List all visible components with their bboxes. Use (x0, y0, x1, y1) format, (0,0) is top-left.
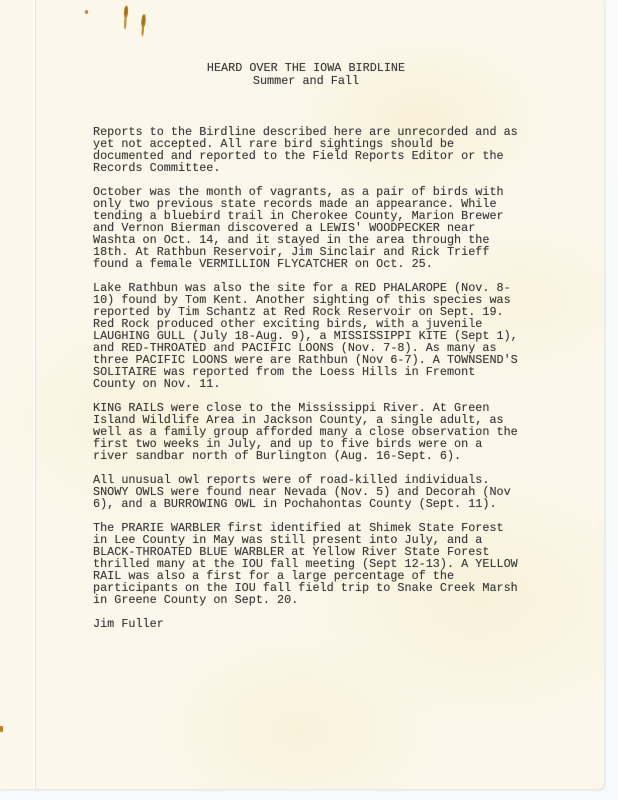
document-body: Reports to the Birdline described here a… (93, 126, 563, 630)
title-block: HEARD OVER THE IOWA BIRDLINE Summer and … (0, 62, 612, 88)
signature: Jim Fuller (93, 618, 563, 630)
paper-crease (33, 0, 35, 789)
paragraph-king-rails: KING RAILS were close to the Mississippi… (93, 402, 563, 462)
scanned-document: HEARD OVER THE IOWA BIRDLINE Summer and … (0, 0, 618, 800)
ink-smudge (0, 726, 3, 732)
paragraph-october-vagrants: October was the month of vagrants, as a … (93, 186, 563, 270)
document-subtitle: Summer and Fall (0, 75, 612, 88)
paragraph-warblers: The PRARIE WARBLER first identified at S… (93, 522, 563, 606)
handwritten-ink-marks-icon (70, 2, 160, 47)
paper: HEARD OVER THE IOWA BIRDLINE Summer and … (0, 0, 604, 789)
paragraph-owls: All unusual owl reports were of road-kil… (93, 474, 563, 510)
paragraph-intro: Reports to the Birdline described here a… (93, 126, 563, 174)
paragraph-lake-rathbun: Lake Rathbun was also the site for a RED… (93, 282, 563, 390)
